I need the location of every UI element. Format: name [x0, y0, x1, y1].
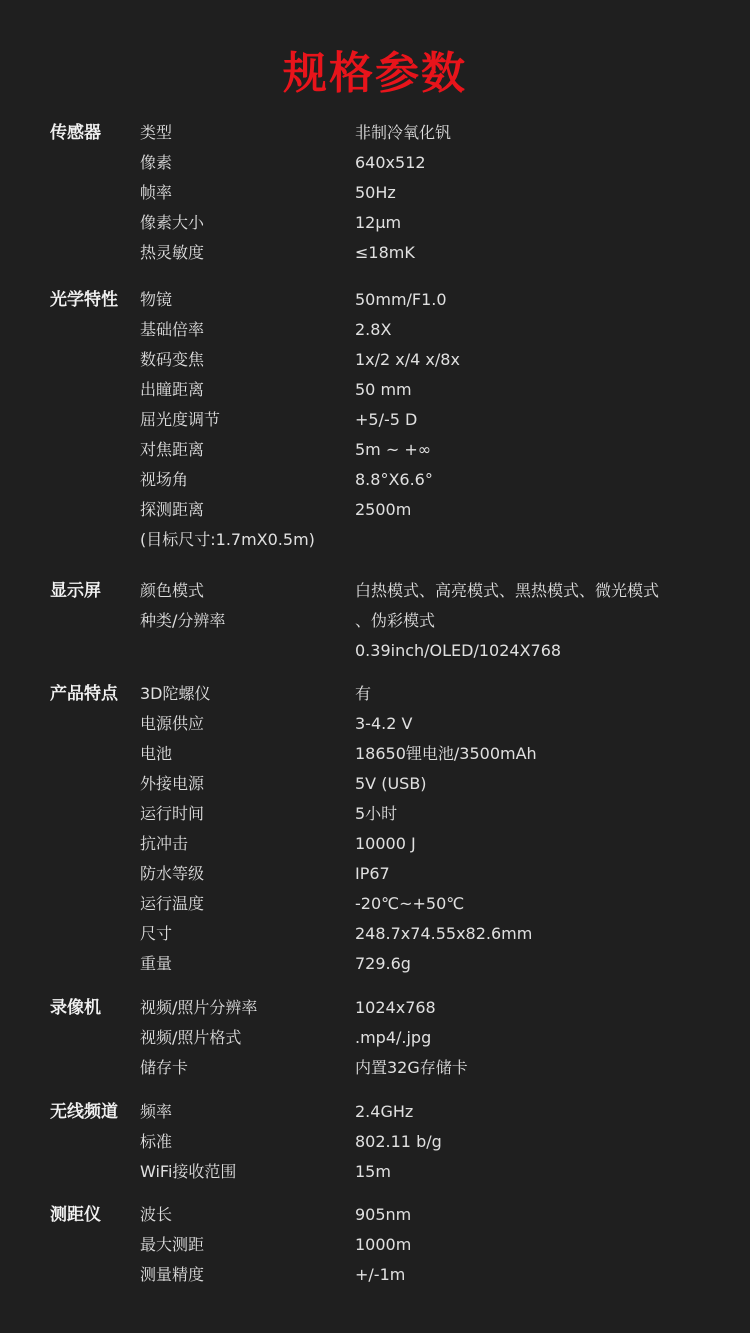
page-title: 规格参数	[0, 44, 750, 104]
spec-value: 248.7x74.55x82.6mm	[355, 919, 532, 949]
spec-value: -20℃~+50℃	[355, 889, 464, 919]
spec-key: 视频/照片分辨率	[140, 993, 257, 1023]
spec-row: 探测距离2500m	[0, 495, 750, 525]
spec-row: 视场角8.8°X6.6°	[0, 465, 750, 495]
spec-row: 储存卡内置32G存储卡	[0, 1053, 750, 1083]
spec-key: 热灵敏度	[140, 238, 204, 268]
spec-key: 种类/分辨率	[140, 606, 225, 636]
spec-value: 18650锂电池/3500mAh	[355, 739, 537, 769]
spec-key: 测量精度	[140, 1260, 204, 1290]
spec-value: ≤18mK	[355, 238, 415, 268]
spec-value: 1000m	[355, 1230, 411, 1260]
spec-row: 物镜50mm/F1.0	[0, 285, 750, 315]
spec-key: 标准	[140, 1127, 172, 1157]
spec-value: .mp4/.jpg	[355, 1023, 431, 1053]
spec-key: 重量	[140, 949, 172, 979]
spec-key: 帧率	[140, 178, 172, 208]
spec-row: (目标尺寸:1.7mX0.5m)	[0, 525, 750, 555]
spec-row: 频率2.4GHz	[0, 1097, 750, 1127]
spec-key: 像素大小	[140, 208, 204, 238]
spec-value: 2500m	[355, 495, 411, 525]
spec-row: 运行温度-20℃~+50℃	[0, 889, 750, 919]
spec-value: 8.8°X6.6°	[355, 465, 433, 495]
spec-key: WiFi接收范围	[140, 1157, 236, 1187]
spec-row: 数码变焦1x/2 x/4 x/8x	[0, 345, 750, 375]
spec-row: 对焦距离5m ~ +∞	[0, 435, 750, 465]
spec-key: 数码变焦	[140, 345, 204, 375]
spec-value: +/-1m	[355, 1260, 405, 1290]
spec-value: 802.11 b/g	[355, 1127, 442, 1157]
spec-key: 对焦距离	[140, 435, 204, 465]
spec-value: 50mm/F1.0	[355, 285, 447, 315]
spec-value: 50Hz	[355, 178, 396, 208]
spec-value: 内置32G存储卡	[355, 1053, 468, 1083]
spec-key: 尺寸	[140, 919, 172, 949]
spec-key: 物镜	[140, 285, 172, 315]
spec-row: 波长905nm	[0, 1200, 750, 1230]
spec-value: 10000 J	[355, 829, 416, 859]
spec-value: 2.4GHz	[355, 1097, 413, 1127]
spec-value: IP67	[355, 859, 390, 889]
spec-row: 种类/分辨率、伪彩模式	[0, 606, 750, 636]
spec-value: +5/-5 D	[355, 405, 417, 435]
spec-row: 电池18650锂电池/3500mAh	[0, 739, 750, 769]
spec-row: 出瞳距离50 mm	[0, 375, 750, 405]
spec-value: 905nm	[355, 1200, 411, 1230]
spec-row: 像素640x512	[0, 148, 750, 178]
spec-row: 标准802.11 b/g	[0, 1127, 750, 1157]
spec-key: 颜色模式	[140, 576, 204, 606]
spec-value: 5V (USB)	[355, 769, 427, 799]
spec-row: 帧率50Hz	[0, 178, 750, 208]
spec-row: 像素大小12μm	[0, 208, 750, 238]
spec-key: 频率	[140, 1097, 172, 1127]
spec-key: 基础倍率	[140, 315, 204, 345]
spec-value: 、伪彩模式	[355, 606, 435, 636]
spec-value: 有	[355, 679, 371, 709]
spec-row: 0.39inch/OLED/1024X768	[0, 636, 750, 666]
spec-row: 视频/照片格式.mp4/.jpg	[0, 1023, 750, 1053]
spec-key: 储存卡	[140, 1053, 188, 1083]
spec-value: 1x/2 x/4 x/8x	[355, 345, 460, 375]
spec-value: 5小时	[355, 799, 397, 829]
spec-key: 屈光度调节	[140, 405, 220, 435]
spec-row: 屈光度调节+5/-5 D	[0, 405, 750, 435]
spec-key: 3D陀螺仪	[140, 679, 211, 709]
spec-value: 0.39inch/OLED/1024X768	[355, 636, 561, 666]
spec-row: 最大测距1000m	[0, 1230, 750, 1260]
spec-key: 运行温度	[140, 889, 204, 919]
spec-value: 50 mm	[355, 375, 412, 405]
spec-key: 抗冲击	[140, 829, 188, 859]
spec-key: 防水等级	[140, 859, 204, 889]
spec-key: 探测距离	[140, 495, 204, 525]
spec-value: 640x512	[355, 148, 426, 178]
spec-value: 729.6g	[355, 949, 411, 979]
spec-key: 外接电源	[140, 769, 204, 799]
spec-key: 电池	[140, 739, 172, 769]
spec-key: (目标尺寸:1.7mX0.5m)	[140, 525, 315, 555]
spec-key: 电源供应	[140, 709, 204, 739]
spec-key: 运行时间	[140, 799, 204, 829]
spec-row: 抗冲击10000 J	[0, 829, 750, 859]
spec-value: 2.8X	[355, 315, 391, 345]
spec-key: 视频/照片格式	[140, 1023, 241, 1053]
spec-key: 出瞳距离	[140, 375, 204, 405]
spec-row: WiFi接收范围15m	[0, 1157, 750, 1187]
spec-row: 基础倍率2.8X	[0, 315, 750, 345]
spec-key: 视场角	[140, 465, 188, 495]
spec-value: 非制冷氧化钒	[355, 118, 451, 148]
spec-value: 5m ~ +∞	[355, 435, 431, 465]
spec-row: 运行时间5小时	[0, 799, 750, 829]
spec-value: 15m	[355, 1157, 391, 1187]
spec-row: 外接电源5V (USB)	[0, 769, 750, 799]
spec-value: 1024x768	[355, 993, 436, 1023]
spec-key: 类型	[140, 118, 172, 148]
spec-value: 白热模式、高亮模式、黑热模式、微光模式	[355, 576, 659, 606]
spec-row: 颜色模式白热模式、高亮模式、黑热模式、微光模式	[0, 576, 750, 606]
spec-row: 类型非制冷氧化钒	[0, 118, 750, 148]
spec-key: 最大测距	[140, 1230, 204, 1260]
spec-row: 视频/照片分辨率1024x768	[0, 993, 750, 1023]
spec-row: 重量729.6g	[0, 949, 750, 979]
spec-key: 像素	[140, 148, 172, 178]
spec-value: 3-4.2 V	[355, 709, 412, 739]
spec-row: 测量精度+/-1m	[0, 1260, 750, 1290]
spec-row: 3D陀螺仪有	[0, 679, 750, 709]
spec-row: 尺寸248.7x74.55x82.6mm	[0, 919, 750, 949]
spec-row: 防水等级IP67	[0, 859, 750, 889]
spec-value: 12μm	[355, 208, 401, 238]
spec-row: 热灵敏度≤18mK	[0, 238, 750, 268]
spec-row: 电源供应3-4.2 V	[0, 709, 750, 739]
spec-key: 波长	[140, 1200, 172, 1230]
